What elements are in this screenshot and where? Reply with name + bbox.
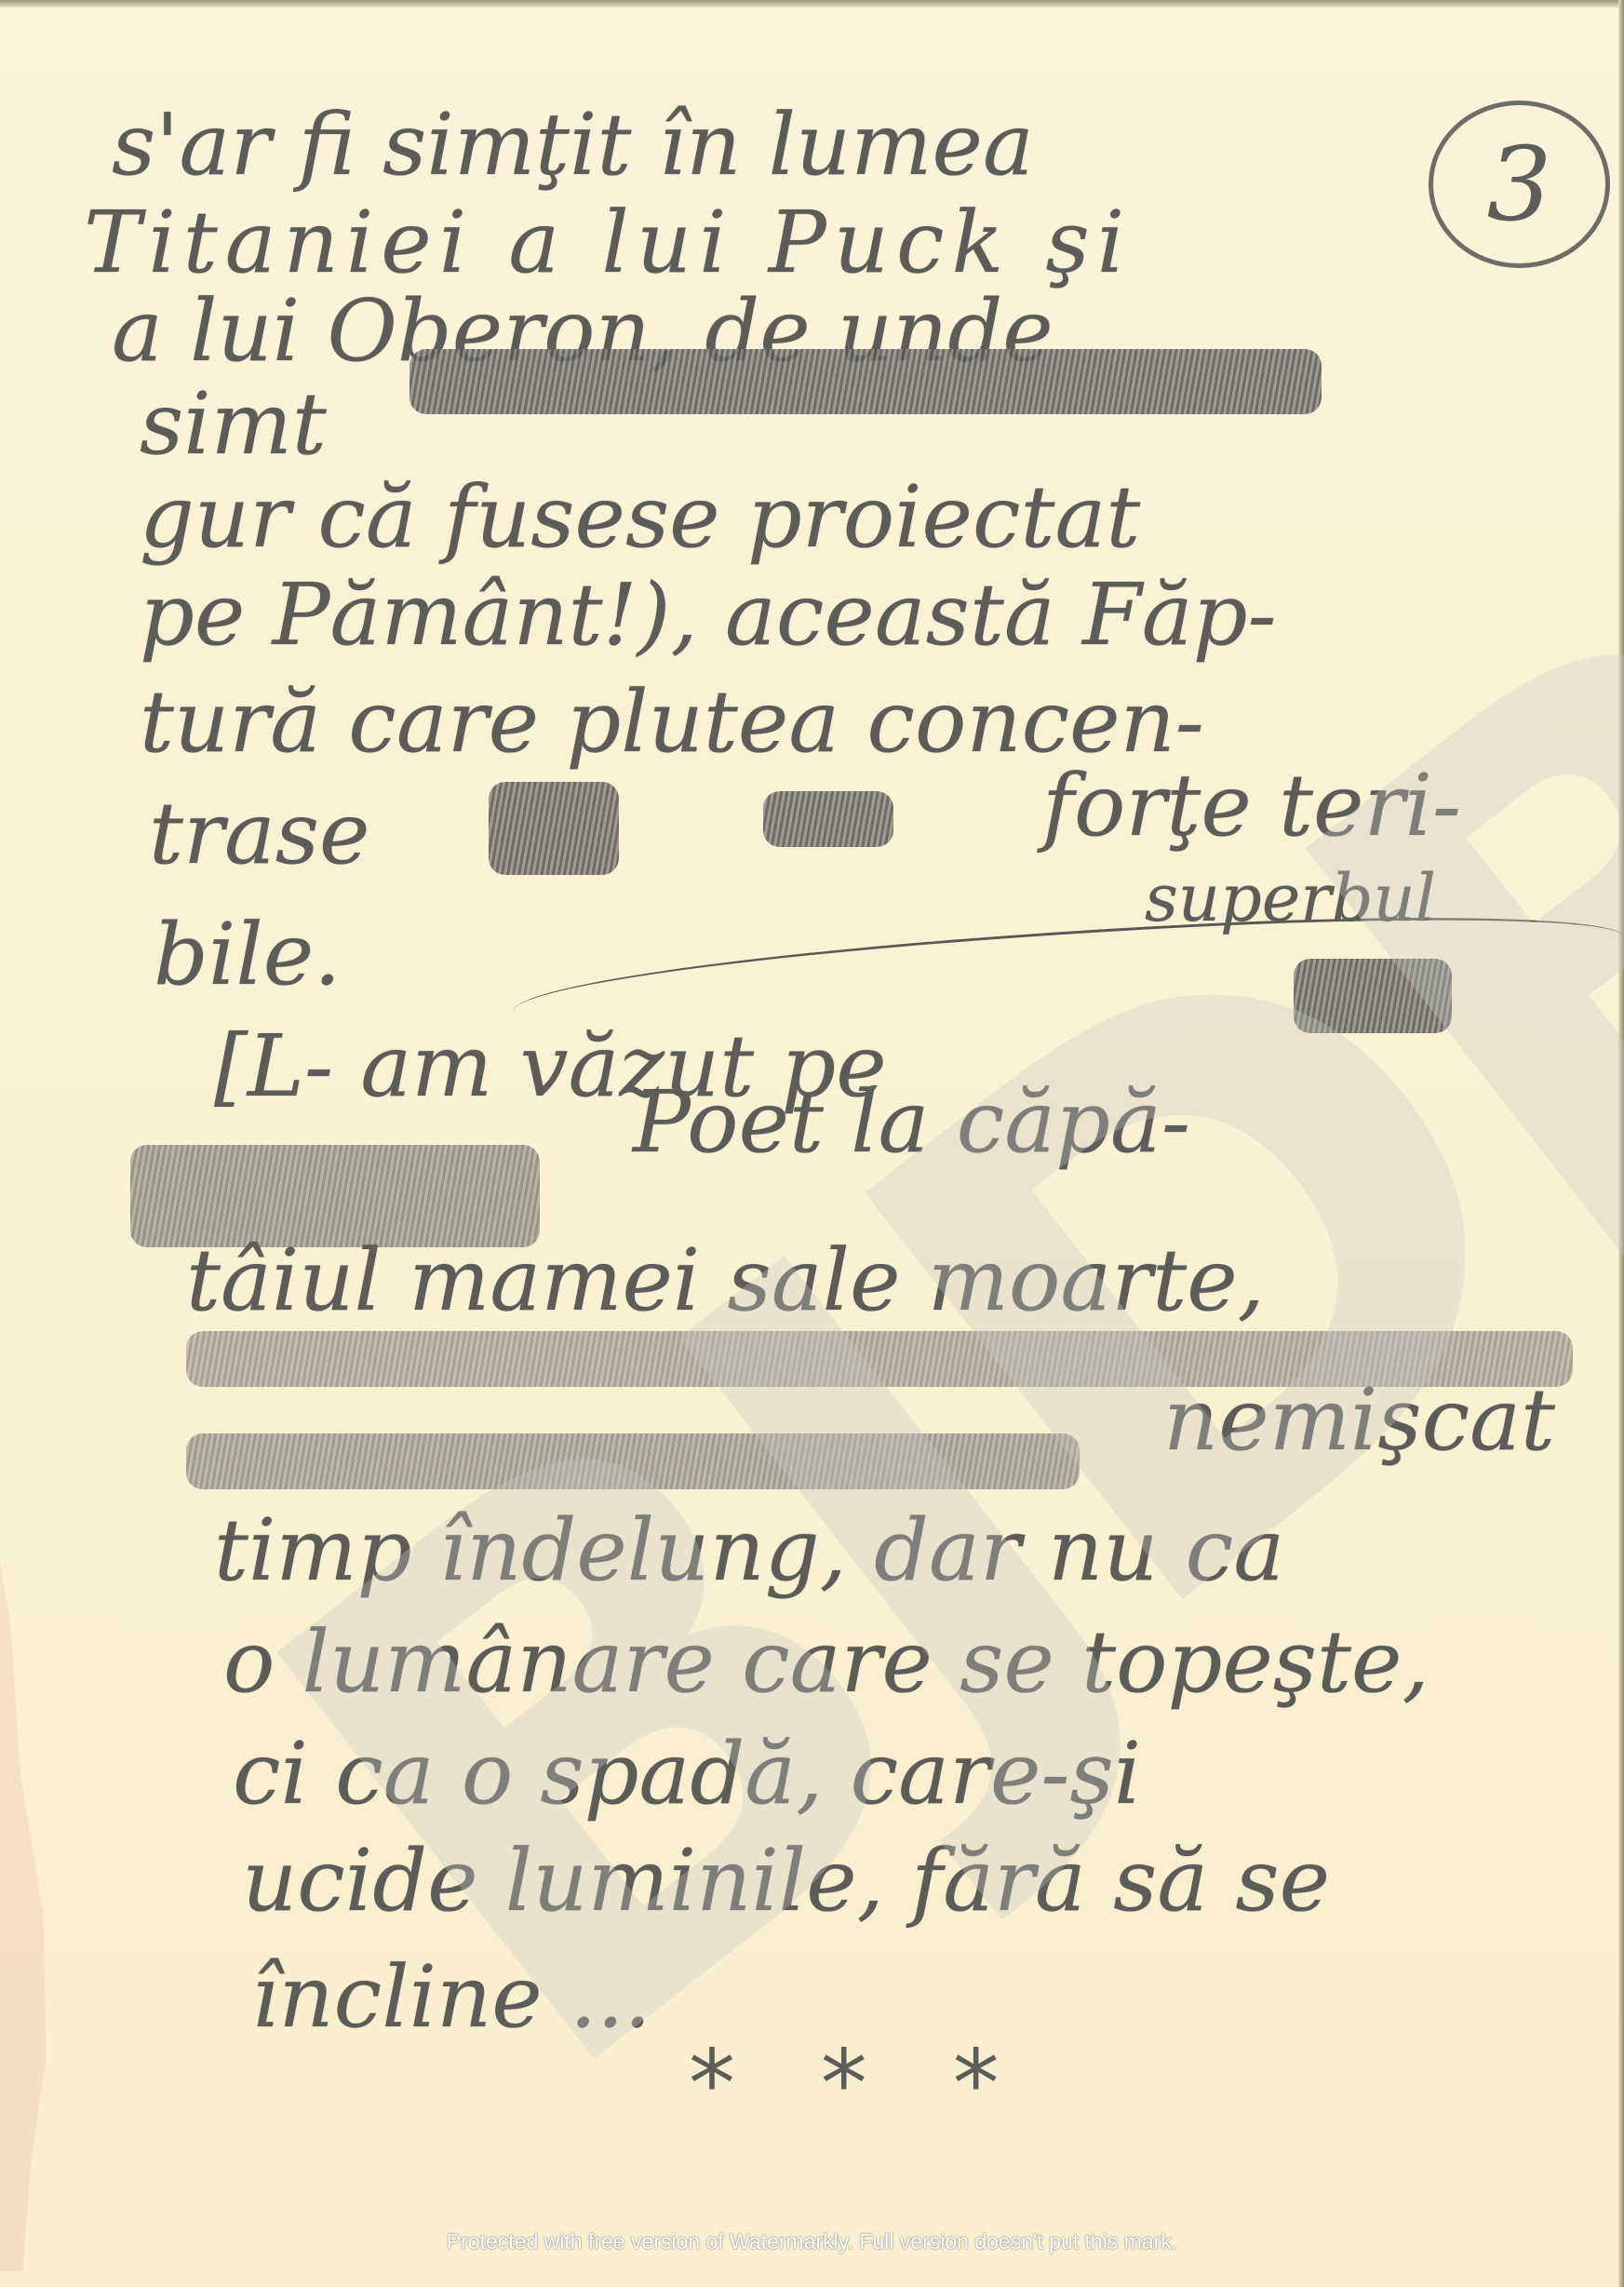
strike-through-scribble [489, 782, 619, 875]
manuscript-line: simt [140, 382, 327, 467]
manuscript-line: gur că fusese proiectat [140, 475, 1140, 560]
strike-through-scribble [409, 349, 1322, 414]
word: simt [140, 374, 327, 474]
manuscript-line: ucide luminile, fără să se [242, 1838, 1330, 1924]
page-top-edge [0, 0, 1624, 7]
manuscript-line: nemişcat [1163, 1378, 1555, 1463]
manuscript-line: bile. [154, 912, 341, 998]
manuscript-line: Titaniei a lui Puck şi [84, 200, 1132, 286]
strike-through-scribble [186, 1433, 1080, 1489]
page-number-text: 3 [1487, 125, 1552, 244]
manuscript-line: ci ca o spadă, care-şi [233, 1731, 1141, 1817]
strike-through-scribble [763, 791, 893, 847]
manuscript-line: trase [149, 791, 369, 877]
manuscript-line: Poet la căpă- [633, 1080, 1190, 1165]
manuscript-line: pe Pământ!), această Făp- [140, 572, 1277, 658]
manuscript-line: timp îndelung, dar nu ca [214, 1508, 1284, 1594]
section-end-stars: * * * [689, 2029, 1027, 2138]
watermarkly-notice: Protected with free version of Watermark… [0, 2229, 1624, 2254]
paper-stain [0, 1564, 51, 2271]
manuscript-line: o lumânare care se topeşte, [223, 1620, 1429, 1705]
manuscript-line: forţe teri- [1042, 763, 1461, 849]
strike-through-scribble [1294, 959, 1452, 1033]
manuscript-line: încline ... [251, 1955, 651, 2040]
manuscript-line: tâiul mamei sale moarte, [186, 1238, 1265, 1324]
manuscript-page: 3 s'ar fi simţit în lumea Titaniei a lui… [0, 0, 1624, 2287]
circled-page-number: 3 [1429, 101, 1610, 268]
manuscript-line: s'ar fi simţit în lumea [112, 102, 1034, 188]
page-right-edge [1618, 0, 1624, 2287]
manuscript-line: tură care plutea concen- [140, 679, 1204, 765]
